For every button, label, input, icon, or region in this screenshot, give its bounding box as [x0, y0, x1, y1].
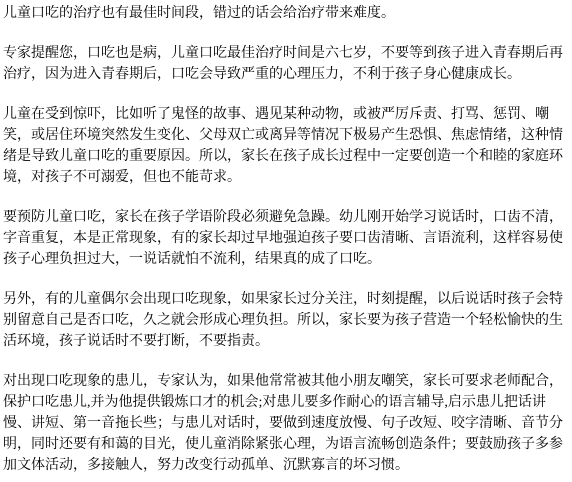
paragraph-prevention-language-stage: 要预防儿童口吃，家长在孩子学语阶段必须避免急躁。幼儿刚开始学习说话时，口齿不清，… — [3, 207, 570, 270]
paragraph-best-treatment-window: 儿童口吃的治疗也有最佳时间段，错过的话会给治疗带来难度。 — [3, 3, 570, 24]
paragraph-expert-reminder: 专家提醒您，口吃也是病，儿童口吃最佳治疗时间是六七岁，不要等到孩子进入青春期后再… — [3, 43, 570, 85]
document-page: 儿童口吃的治疗也有最佳时间段，错过的话会给治疗带来难度。 专家提醒您，口吃也是病… — [0, 0, 572, 482]
paragraph-occasional-stuttering: 另外，有的儿童偶尔会出现口吃现象，如果家长过分关注，时刻提醒，以后说话时孩子会特… — [3, 289, 570, 352]
paragraph-expert-advice-for-patients: 对出现口吃现象的患儿，专家认为，如果他常常被其他小朋友嘲笑，家长可要求老师配合，… — [3, 371, 570, 476]
paragraph-fright-causes: 儿童在受到惊吓，比如听了鬼怪的故事、遇见某种动物，或被严厉斥责、打骂、惩罚、嘲笑… — [3, 104, 570, 188]
article-body: 儿童口吃的治疗也有最佳时间段，错过的话会给治疗带来难度。 专家提醒您，口吃也是病… — [3, 3, 570, 476]
